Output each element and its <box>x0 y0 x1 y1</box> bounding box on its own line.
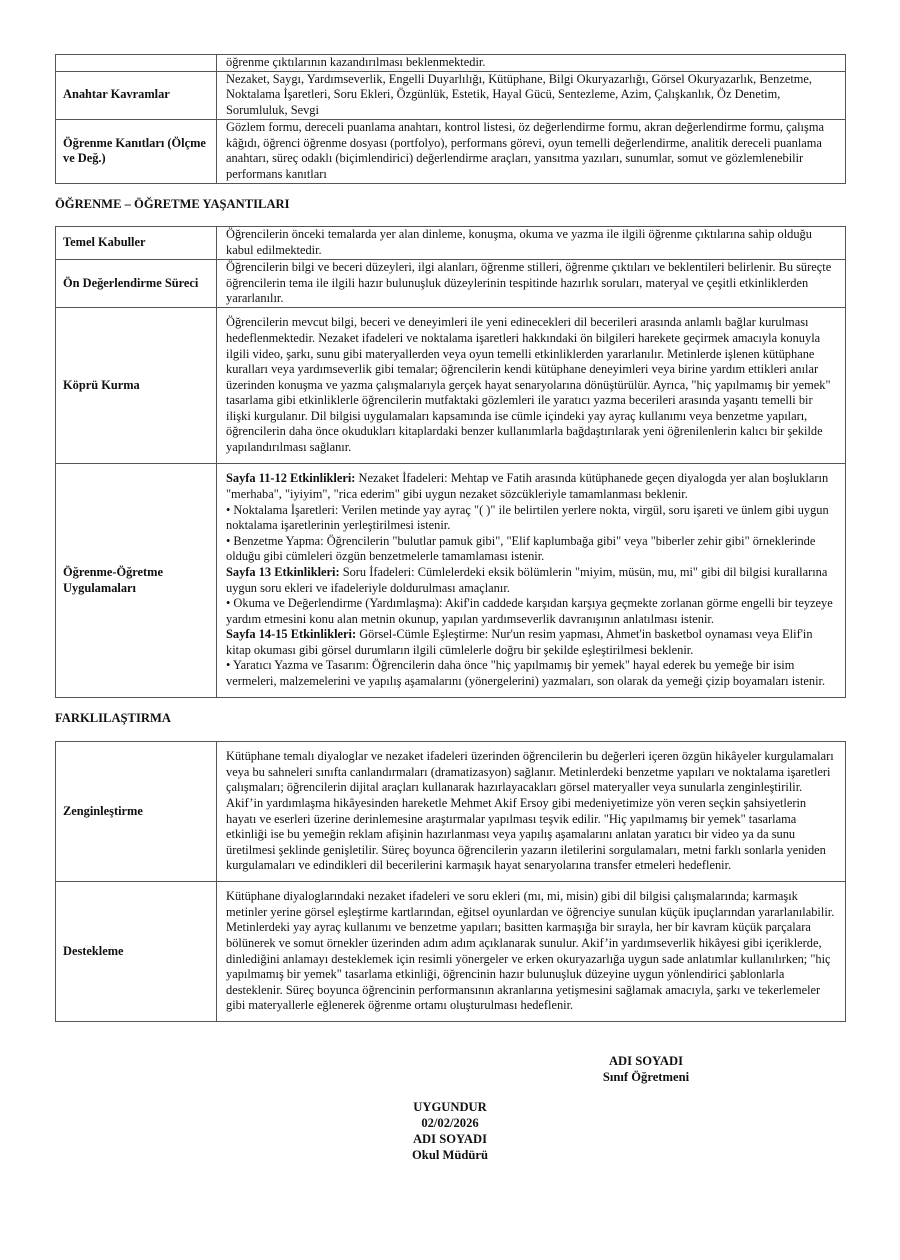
approval-date: 02/02/2026 <box>374 1115 526 1131</box>
teaching-practices-value: Sayfa 11-12 Etkinlikleri: Nezaket İfadel… <box>217 464 846 698</box>
activity-text: • Yaratıcı Yazma ve Tasarım: Öğrencileri… <box>226 658 825 688</box>
teacher-signature: ADI SOYADI Sınıf Öğretmeni <box>570 1053 722 1085</box>
section-title-differentiation: FARKLILAŞTIRMA <box>55 711 171 726</box>
principal-signature: UYGUNDUR 02/02/2026 ADI SOYADI Okul Müdü… <box>374 1099 526 1163</box>
evidence-value: Gözlem formu, dereceli puanlama anahtarı… <box>217 119 846 183</box>
activity-paragraph: Sayfa 14-15 Etkinlikleri: Görsel-Cümle E… <box>226 627 838 658</box>
table-row: Temel Kabuller Öğrencilerin önceki temal… <box>56 227 846 260</box>
table-row: Ön Değerlendirme Süreci Öğrencilerin bil… <box>56 260 846 308</box>
activity-paragraph: • Okuma ve Değerlendirme (Yardımlaşma): … <box>226 596 838 627</box>
experiences-table: Temel Kabuller Öğrencilerin önceki temal… <box>55 226 846 698</box>
table-row: Zenginleştirme Kütüphane temalı diyalogl… <box>56 742 846 882</box>
support-label: Destekleme <box>56 882 217 1022</box>
principal-title: Okul Müdürü <box>374 1147 526 1163</box>
teacher-title: Sınıf Öğretmeni <box>570 1069 722 1085</box>
pre-assessment-label: Ön Değerlendirme Süreci <box>56 260 217 308</box>
table-row: Destekleme Kütüphane diyaloglarındaki ne… <box>56 882 846 1022</box>
activity-heading: Sayfa 13 Etkinlikleri: <box>226 565 340 579</box>
section-title-experiences: ÖĞRENME – ÖĞRETME YAŞANTILARI <box>55 197 290 212</box>
table-row: Köprü Kurma Öğrencilerin mevcut bilgi, b… <box>56 308 846 464</box>
enrichment-value: Kütüphane temalı diyaloglar ve nezaket i… <box>217 742 846 882</box>
table-row: Anahtar Kavramlar Nezaket, Saygı, Yardım… <box>56 71 846 119</box>
bridging-value: Öğrencilerin mevcut bilgi, beceri ve den… <box>217 308 846 464</box>
principal-name: ADI SOYADI <box>374 1131 526 1147</box>
evidence-label-text: Öğrenme Kanıtları (Ölçme ve Değ.) <box>63 136 206 166</box>
support-value: Kütüphane diyaloglarındaki nezaket ifade… <box>217 882 846 1022</box>
row-label <box>56 55 217 72</box>
activity-paragraph: • Noktalama İşaretleri: Verilen metinde … <box>226 503 838 534</box>
activity-heading: Sayfa 11-12 Etkinlikleri: <box>226 471 355 485</box>
approval-text: UYGUNDUR <box>374 1099 526 1115</box>
pre-assessment-value: Öğrencilerin bilgi ve beceri düzeyleri, … <box>217 260 846 308</box>
teaching-practices-label: Öğrenme-Öğretme Uygulamaları <box>56 464 217 698</box>
activity-paragraph: Sayfa 13 Etkinlikleri: Soru İfadeleri: C… <box>226 565 838 596</box>
teacher-name: ADI SOYADI <box>570 1053 722 1069</box>
bridging-label: Köprü Kurma <box>56 308 217 464</box>
outcomes-table: öğrenme çıktılarının kazandırılması bekl… <box>55 54 846 184</box>
row-value: öğrenme çıktılarının kazandırılması bekl… <box>217 55 846 72</box>
activity-text: • Noktalama İşaretleri: Verilen metinde … <box>226 503 829 533</box>
activity-heading: Sayfa 14-15 Etkinlikleri: <box>226 627 356 641</box>
table-row: Öğrenme Kanıtları (Ölçme ve Değ.) Gözlem… <box>56 119 846 183</box>
differentiation-table: Zenginleştirme Kütüphane temalı diyalogl… <box>55 741 846 1022</box>
evidence-label: Öğrenme Kanıtları (Ölçme ve Değ.) <box>56 119 217 183</box>
basic-assumptions-label: Temel Kabuller <box>56 227 217 260</box>
key-concepts-value: Nezaket, Saygı, Yardımseverlik, Engelli … <box>217 71 846 119</box>
activity-paragraph: • Yaratıcı Yazma ve Tasarım: Öğrencileri… <box>226 658 838 689</box>
activity-paragraph: • Benzetme Yapma: Öğrencilerin "bulutlar… <box>226 534 838 565</box>
key-concepts-label: Anahtar Kavramlar <box>56 71 217 119</box>
table-row: öğrenme çıktılarının kazandırılması bekl… <box>56 55 846 72</box>
enrichment-label: Zenginleştirme <box>56 742 217 882</box>
activity-text: • Okuma ve Değerlendirme (Yardımlaşma): … <box>226 596 833 626</box>
basic-assumptions-value: Öğrencilerin önceki temalarda yer alan d… <box>217 227 846 260</box>
activity-text: • Benzetme Yapma: Öğrencilerin "bulutlar… <box>226 534 815 564</box>
activity-paragraph: Sayfa 11-12 Etkinlikleri: Nezaket İfadel… <box>226 471 838 502</box>
table-row: Öğrenme-Öğretme Uygulamaları Sayfa 11-12… <box>56 464 846 698</box>
